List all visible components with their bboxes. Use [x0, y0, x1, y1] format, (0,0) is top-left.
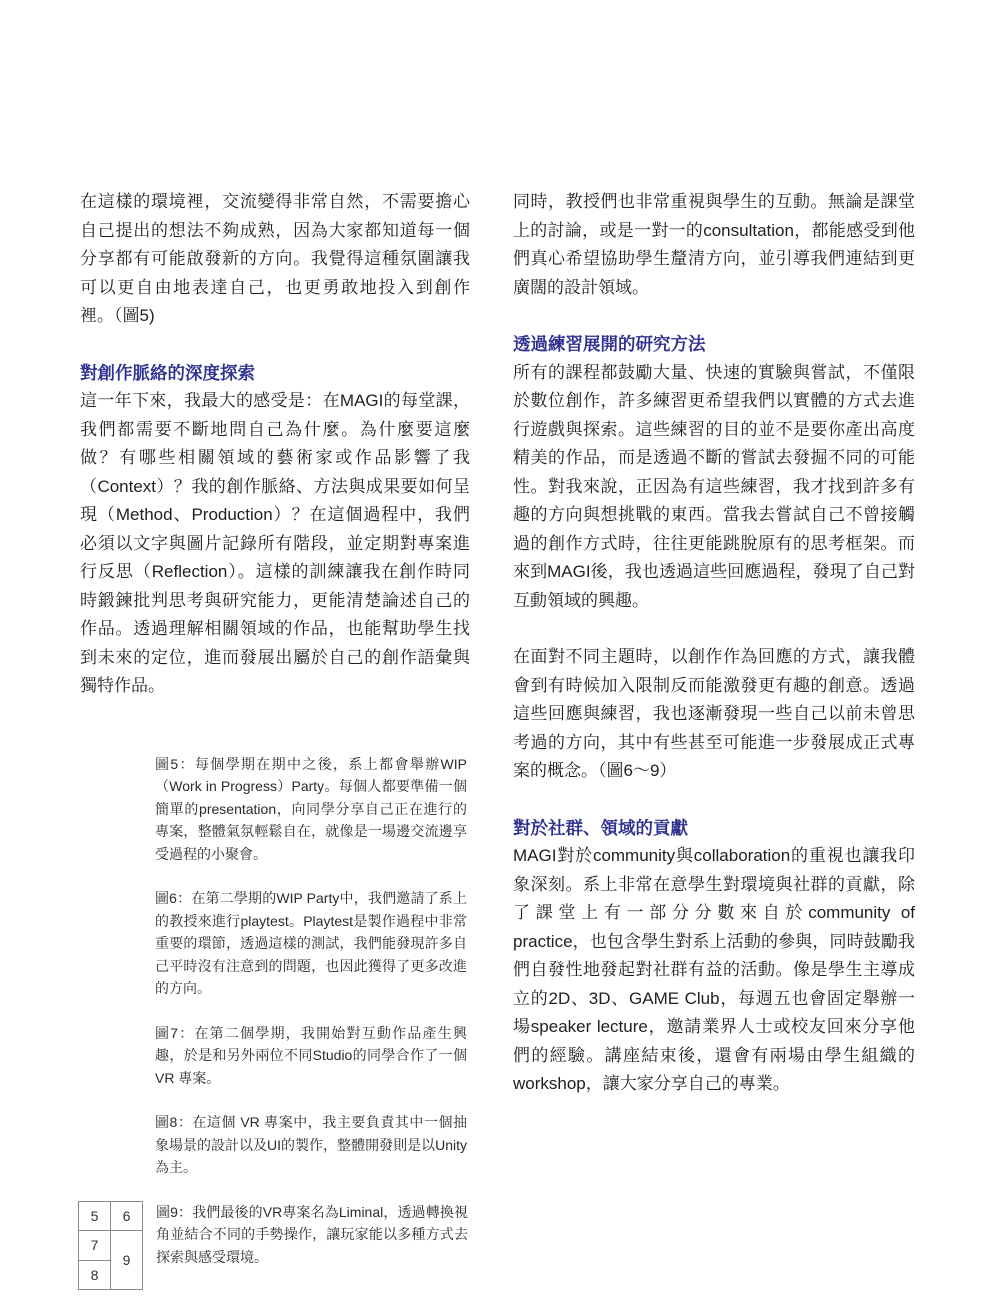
figure-index-row: 5 6 7 9 8 圖9：我們最後的VR專案名為Liminal，透過轉換視角並結…: [80, 1201, 470, 1291]
figure-index-table: 5 6 7 9 8: [78, 1201, 143, 1291]
paragraph-creative-response: 在面對不同主題時，以創作作為回應的方式，讓我體會到有時候加入限制反而能激發更有趣…: [513, 643, 915, 786]
figure-caption-8: 圖8：在這個 VR 專案中，我主要負責其中一個抽象場景的設計以及UI的製作，整體…: [155, 1111, 467, 1179]
paragraph-exercises: 所有的課程都鼓勵大量、快速的實驗與嘗試，不僅限於數位創作，許多練習更希望我們以實…: [513, 359, 915, 616]
figure-ref-cell-9: 9: [111, 1231, 143, 1290]
figure-ref-cell-6: 6: [111, 1201, 143, 1231]
figure-caption-9-wrap: 圖9：我們最後的VR專案名為Liminal，透過轉換視角並結合不同的手勢操作，讓…: [156, 1201, 468, 1269]
figure-ref-cell-7: 7: [79, 1231, 111, 1261]
section-heading-research-method: 透過練習展開的研究方法: [513, 330, 915, 359]
paragraph-environment: 在這樣的環境裡，交流變得非常自然，不需要擔心自己提出的想法不夠成熟，因為大家都知…: [80, 188, 470, 331]
left-column: 在這樣的環境裡，交流變得非常自然，不需要擔心自己提出的想法不夠成熟，因為大家都知…: [80, 188, 470, 1290]
right-column: 同時，教授們也非常重視與學生的互動。無論是課堂上的討論，或是一對一的consul…: [513, 188, 915, 1127]
paragraph-professors-interaction: 同時，教授們也非常重視與學生的互動。無論是課堂上的討論，或是一對一的consul…: [513, 188, 915, 302]
paragraph-community: MAGI對於community與collaboration的重視也讓我印象深刻。…: [513, 842, 915, 1099]
figure-captions-block: 圖5：每個學期在期中之後，系上都會舉辦WIP（Work in Progress）…: [155, 753, 467, 1179]
paragraph-creative-context: 這一年下來，我最大的感受是：在MAGI的每堂課，我們都需要不斷地問自己為什麼。為…: [80, 387, 470, 701]
figure-caption-5: 圖5：每個學期在期中之後，系上都會舉辦WIP（Work in Progress）…: [155, 753, 467, 866]
figure-ref-cell-5: 5: [79, 1201, 111, 1231]
figure-caption-6: 圖6：在第二學期的WIP Party中，我們邀請了系上的教授來進行playtes…: [155, 887, 467, 1000]
figure-caption-7: 圖7：在第二個學期，我開始對互動作品產生興趣，於是和另外兩位不同Studio的同…: [155, 1022, 467, 1090]
section-heading-creative-context: 對創作脈絡的深度探索: [80, 359, 470, 388]
figure-caption-9: 圖9：我們最後的VR專案名為Liminal，透過轉換視角並結合不同的手勢操作，讓…: [156, 1201, 468, 1269]
figure-ref-cell-8: 8: [79, 1260, 111, 1290]
document-page: 在這樣的環境裡，交流變得非常自然，不需要擔心自己提出的想法不夠成熟，因為大家都知…: [0, 0, 983, 1310]
section-heading-community-contribution: 對於社群、領域的貢獻: [513, 814, 915, 843]
